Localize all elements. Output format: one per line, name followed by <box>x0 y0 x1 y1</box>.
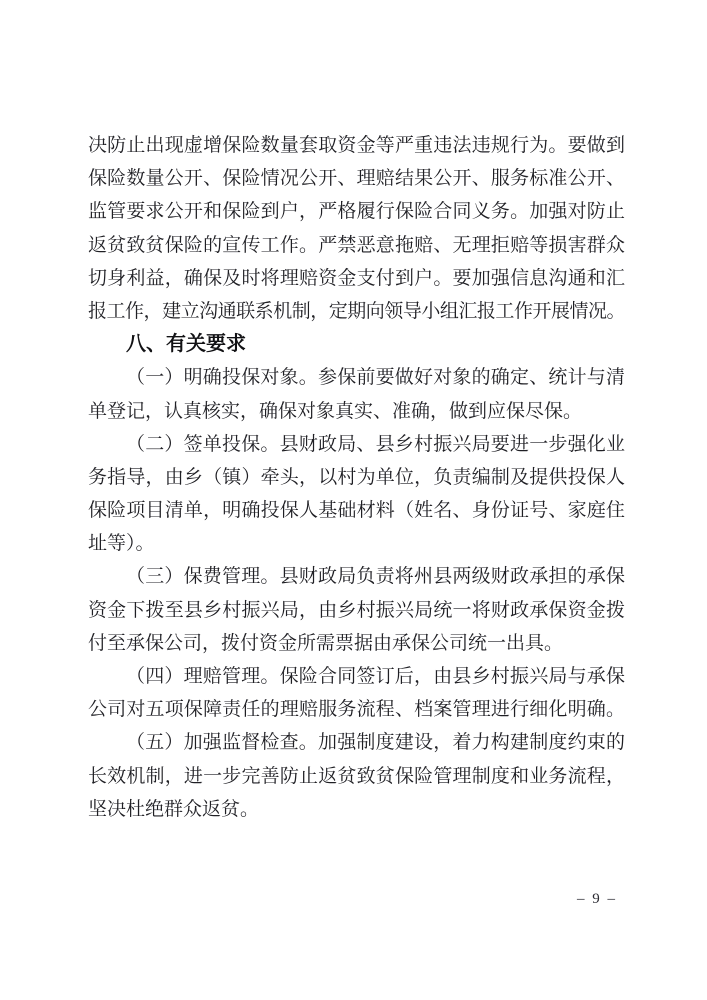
text-line: 务指导，由乡（镇）牵头，以村为单位，负责编制及提供投保人 <box>88 461 625 494</box>
text-line: 坚决杜绝群众返贫。 <box>88 793 625 826</box>
text-line: 保险数量公开、保险情况公开、理赔结果公开、服务标准公开、 <box>88 162 625 195</box>
text-line: 报工作，建立沟通联系机制，定期向领导小组汇报工作开展情况。 <box>88 295 625 328</box>
document-page: 决防止出现虚增保险数量套取资金等严重违法违规行为。要做到保险数量公开、保险情况公… <box>0 0 707 1000</box>
text-line: 单登记，认真核实，确保对象真实、准确，做到应保尽保。 <box>88 395 625 428</box>
text-line: （一）明确投保对象。参保前要做好对象的确定、统计与清 <box>88 361 625 394</box>
text-line: 监管要求公开和保险到户，严格履行保险合同义务。加强对防止 <box>88 195 625 228</box>
section-heading: 八、有关要求 <box>88 328 625 361</box>
text-line: （四）理赔管理。保险合同签订后，由县乡村振兴局与承保 <box>88 660 625 693</box>
text-line: 资金下拨至县乡村振兴局，由乡村振兴局统一将财政承保资金拨 <box>88 594 625 627</box>
text-line: （二）签单投保。县财政局、县乡村振兴局要进一步强化业 <box>88 428 625 461</box>
text-line: 决防止出现虚增保险数量套取资金等严重违法违规行为。要做到 <box>88 129 625 162</box>
page-number: – 9 – <box>577 891 617 908</box>
text-line: 付至承保公司，拨付资金所需票据由承保公司统一出具。 <box>88 627 625 660</box>
text-line: 保险项目清单，明确投保人基础材料（姓名、身份证号、家庭住 <box>88 494 625 527</box>
text-line: 长效机制，进一步完善防止返贫致贫保险管理制度和业务流程， <box>88 760 625 793</box>
text-line: 返贫致贫保险的宣传工作。严禁恶意拖赔、无理拒赔等损害群众 <box>88 229 625 262</box>
text-line: （五）加强监督检查。加强制度建设，着力构建制度约束的 <box>88 726 625 759</box>
text-line: 切身利益，确保及时将理赔资金支付到户。要加强信息沟通和汇 <box>88 262 625 295</box>
text-line: （三）保费管理。县财政局负责将州县两级财政承担的承保 <box>88 560 625 593</box>
text-line: 公司对五项保障责任的理赔服务流程、档案管理进行细化明确。 <box>88 693 625 726</box>
text-line: 址等）。 <box>88 527 625 560</box>
text-block: 决防止出现虚增保险数量套取资金等严重违法违规行为。要做到保险数量公开、保险情况公… <box>88 129 625 826</box>
